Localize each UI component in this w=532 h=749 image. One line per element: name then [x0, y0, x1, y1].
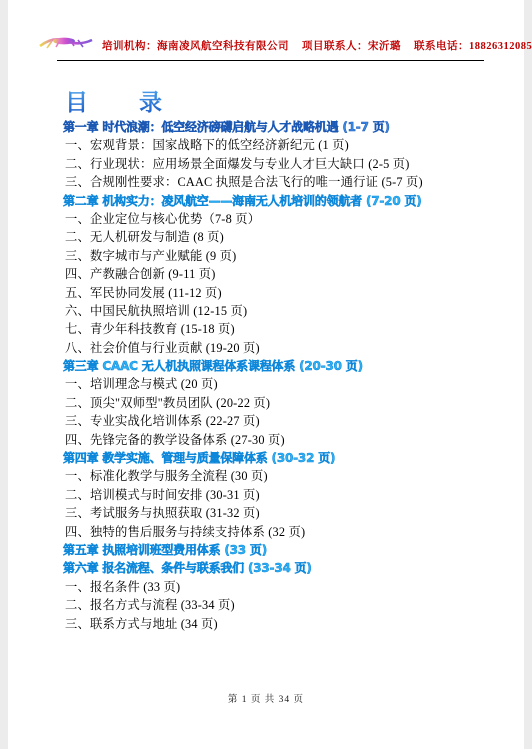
- toc-item-2-6: 六、中国民航执照培训 (12-15 页): [63, 302, 503, 320]
- toc-item-2-8: 八、社会价值与行业贡献 (19-20 页): [63, 339, 503, 357]
- toc-item-4-2: 二、培训模式与时间安排 (30-31 页): [63, 486, 503, 504]
- toc-item-4-1: 一、标准化教学与服务全流程 (30 页): [63, 467, 503, 485]
- page-footer: 第 1 页 共 34 页: [8, 691, 524, 705]
- toc-item-3-4: 四、先锋完备的教学设备体系 (27-30 页): [63, 431, 503, 449]
- header-organization: 培训机构：海南凌风航空科技有限公司: [102, 38, 289, 53]
- header-contact-person: 项目联系人：宋沂璐: [302, 38, 401, 53]
- toc-item-6-3: 三、联系方式与地址 (34 页): [63, 615, 503, 633]
- toc-item-3-1: 一、培训理念与模式 (20 页): [63, 375, 503, 393]
- toc-item-1-2: 二、行业现状：应用场景全面爆发与专业人才巨大缺口 (2-5 页): [63, 155, 503, 173]
- toc-chapter-5: 第五章 执照培训班型费用体系 (33 页): [63, 541, 503, 559]
- page-number: 第 1 页 共 34 页: [228, 695, 304, 705]
- toc-item-2-5: 五、军民协同发展 (11-12 页): [63, 284, 503, 302]
- toc-item-6-1: 一、报名条件 (33 页): [63, 578, 503, 596]
- toc-item-2-7: 七、青少年科技教育 (15-18 页): [63, 320, 503, 338]
- toc-chapter-4: 第四章 教学实施、管理与质量保障体系 (30-32 页): [63, 449, 503, 467]
- header-divider: [57, 60, 484, 61]
- toc-chapter-2: 第二章 机构实力：凌风航空——海南无人机培训的领航者 (7-20 页): [63, 192, 503, 210]
- toc-item-3-3: 三、专业实战化培训体系 (22-27 页): [63, 412, 503, 430]
- toc-item-2-1: 一、企业定位与核心优势（7-8 页）: [63, 210, 503, 228]
- toc-item-1-3: 三、合规刚性要求：CAAC 执照是合法飞行的唯一通行证 (5-7 页): [63, 173, 503, 191]
- toc-item-2-2: 二、无人机研发与制造 (8 页): [63, 228, 503, 246]
- page-header: 培训机构：海南凌风航空科技有限公司 项目联系人：宋沂璐 联系电话：1882631…: [33, 36, 513, 54]
- toc-item-4-3: 三、考试服务与执照获取 (31-32 页): [63, 504, 503, 522]
- toc-item-3-2: 二、顶尖"双师型"教员团队 (20-22 页): [63, 394, 503, 412]
- toc-item-2-3: 三、数字城市与产业赋能 (9 页): [63, 247, 503, 265]
- toc-chapter-3: 第三章 CAAC 无人机执照课程体系课程体系 (20-30 页): [63, 357, 503, 375]
- toc-title: 目 录: [65, 84, 176, 117]
- document-page: 培训机构：海南凌风航空科技有限公司 项目联系人：宋沂璐 联系电话：1882631…: [8, 0, 524, 749]
- toc-chapter-1: 第一章 时代浪潮：低空经济磅礴启航与人才战略机遇 (1-7 页): [63, 118, 503, 136]
- toc-item-4-4: 四、独特的售后服务与持续支持体系 (32 页): [63, 523, 503, 541]
- header-phone: 联系电话：18826312085: [414, 38, 532, 53]
- toc-item-6-2: 二、报名方式与流程 (33-34 页): [63, 596, 503, 614]
- toc-item-1-1: 一、宏观背景：国家战略下的低空经济新纪元 (1 页): [63, 136, 503, 154]
- toc-list: 第一章 时代浪潮：低空经济磅礴启航与人才战略机遇 (1-7 页) 一、宏观背景：…: [63, 118, 503, 633]
- toc-item-2-4: 四、产教融合创新 (9-11 页): [63, 265, 503, 283]
- toc-chapter-6: 第六章 报名流程、条件与联系我们 (33-34 页): [63, 559, 503, 577]
- company-drone-logo-icon: [33, 33, 99, 58]
